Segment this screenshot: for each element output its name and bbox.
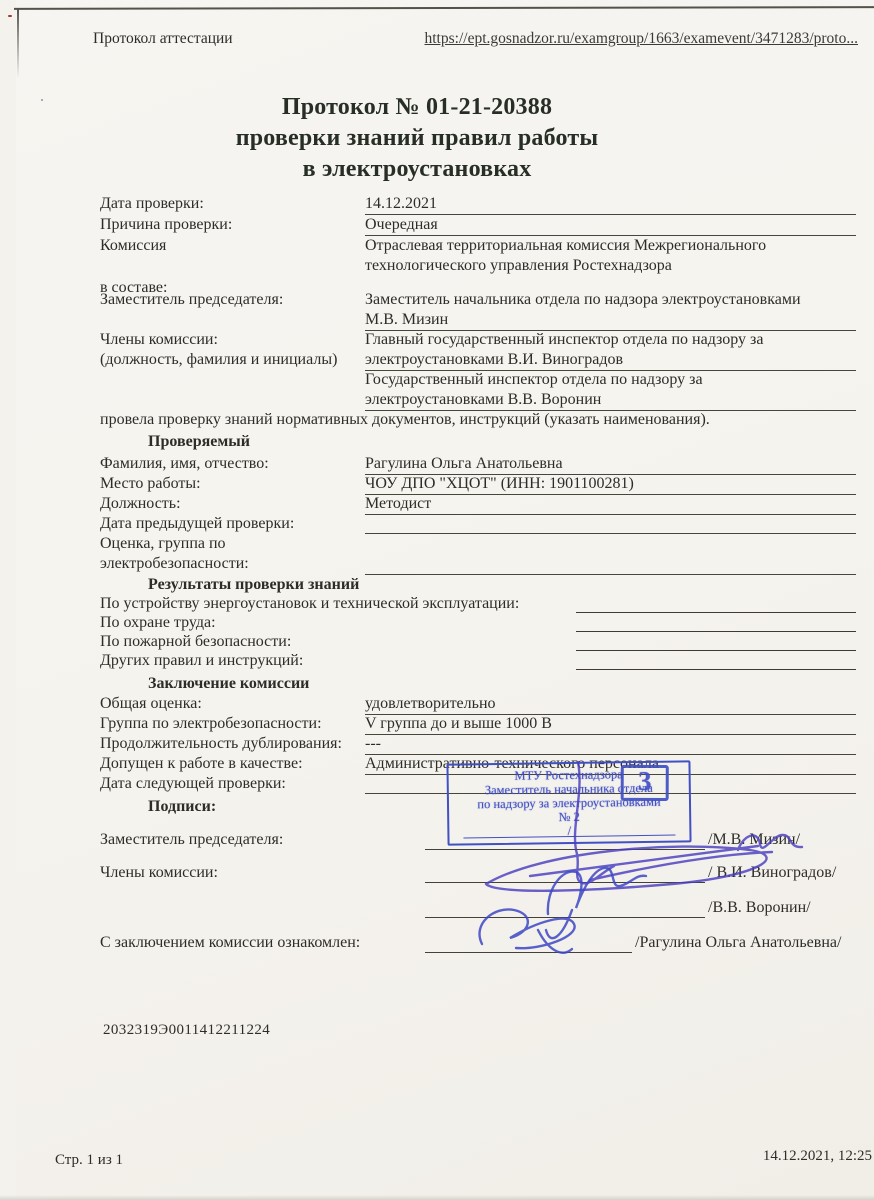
scan-edge-top [14,6,874,10]
field-value-line: Государственный инспектор отдела по надз… [365,370,856,390]
result-label: По охране труда: [100,613,216,632]
print-header: Протокол аттестации https://ept.gosnadzo… [93,30,858,48]
result-blank-line [576,615,856,632]
scanned-protocol-page: Протокол аттестации https://ept.gosnadzo… [0,0,874,1200]
conclusion-row: Общая оценка: удовлетворительно [100,694,856,715]
field-row-prev-check: Дата предыдущей проверки: [100,514,856,534]
field-value: ЧОУ ДПО "ХЦОТ" (ИНН: 1901100281) [365,474,856,495]
field-label: Место работы: [100,474,365,495]
field-row-position: Должность: Методист [100,494,856,515]
field-label: Группа по электробезопасности: [100,714,365,735]
field-value: удовлетворительно [365,694,856,715]
field-value-line: Главный государственный инспектор отдела… [365,330,856,350]
field-label: Дата проверки: [100,194,365,215]
field-value: V группа до и выше 1000 В [365,714,856,735]
result-row: По охране труда: [100,613,856,632]
conclusion-heading-row: Заключение комиссии [100,674,856,694]
footer-datetime: 14.12.2021, 12:25 [763,1148,872,1165]
field-value: 14.12.2021 [365,194,856,215]
document-code: 2032319Э0011412211224 [103,1022,270,1039]
results-heading-row: Результаты проверки знаний [100,575,856,595]
field-row-date: Дата проверки: 14.12.2021 [100,194,856,215]
field-label: Комиссия [100,236,365,276]
field-row-reason: Причина проверки: Очередная [100,215,856,236]
field-value [365,514,856,534]
document-title: Протокол № 01-21-20388 проверки знаний п… [0,92,834,185]
conclusion-heading: Заключение комиссии [100,674,856,694]
field-label: Дата следующей проверки: [100,774,365,794]
field-value-line: М.В. Мизин [365,310,856,331]
signature-label: С заключением комиссии ознакомлен: [100,933,425,953]
conclusion-row: Группа по электробезопасности: V группа … [100,714,856,735]
field-value-line: электроустановками В.В. Воронин [365,390,856,411]
result-row: Других правил и инструкций: [100,651,856,670]
scan-edge-corner [17,8,19,78]
field-label: Причина проверки: [100,215,365,236]
field-label-line: (должность, фамилия и инициалы) [100,350,365,370]
field-value-line: Заместитель начальника отдела по надзора… [365,290,856,310]
field-value: Рагулина Ольга Анатольевна [365,454,856,475]
field-label: Заместитель председателя: [100,290,365,331]
result-blank-line [576,596,856,613]
result-row: По пожарной безопасности: [100,632,856,651]
field-value [365,554,856,575]
document-title-line1: Протокол № 01-21-20388 [0,92,834,123]
document-title-line2: проверки знаний правил работы [0,123,834,154]
field-value: Методист [365,494,856,515]
footer-page-number: Стр. 1 из 1 [55,1152,123,1169]
field-label-line: электробезопасности: [100,554,365,574]
field-row-member1: Члены комиссии: (должность, фамилия и ин… [100,330,856,371]
print-header-title: Протокол аттестации [93,30,233,48]
field-label: Фамилия, имя, отчество: [100,454,365,475]
field-value: Очередная [365,215,856,236]
results-heading: Результаты проверки знаний [100,575,856,595]
result-label: По устройству энергоустановок и техничес… [100,594,519,613]
field-row-grade: Оценка, группа по электробезопасности: [100,534,856,575]
conducted-text: провела проверку знаний нормативных доку… [100,410,856,430]
field-value-line: Отраслевая территориальная комиссия Межр… [365,236,856,256]
field-label: Дата предыдущей проверки: [100,514,365,534]
field-value-line: электроустановками В.И. Виноградов [365,350,856,371]
field-row-fio: Фамилия, имя, отчество: Рагулина Ольга А… [100,454,856,475]
field-label: Должность: [100,494,365,515]
field-row-deputy: Заместитель председателя: Заместитель на… [100,290,856,331]
print-header-url: https://ept.gosnadzor.ru/examgroup/1663/… [425,30,859,48]
document-title-line3: в электроустановках [0,154,834,185]
field-label-line: Члены комиссии: [100,330,365,350]
scan-edge-bottom [0,1195,874,1200]
scan-speck [8,15,12,17]
result-row: По устройству энергоустановок и техничес… [100,594,856,613]
result-blank-line [576,653,856,670]
field-row-commission: Комиссия Отраслевая территориальная коми… [100,236,856,276]
handwritten-signatures [420,752,874,967]
examinee-heading: Проверяемый [100,432,856,452]
field-label: Общая оценка: [100,694,365,715]
field-label-line: Оценка, группа по [100,534,365,554]
field-row-member2: Государственный инспектор отдела по надз… [100,370,856,411]
field-value-line: технологического управления Ростехнадзор… [365,256,856,276]
field-label: Допущен к работе в качестве: [100,754,365,775]
field-row-workplace: Место работы: ЧОУ ДПО "ХЦОТ" (ИНН: 19011… [100,474,856,495]
conducted-text-row: провела проверку знаний нормативных доку… [100,410,856,430]
signature-label: Заместитель председателя: [100,830,425,850]
examinee-heading-row: Проверяемый [100,432,856,452]
result-blank-line [576,634,856,651]
signature-label: Члены комиссии: [100,863,425,883]
field-label: Продолжительность дублирования: [100,734,365,755]
result-label: По пожарной безопасности: [100,632,291,651]
result-label: Других правил и инструкций: [100,651,303,670]
